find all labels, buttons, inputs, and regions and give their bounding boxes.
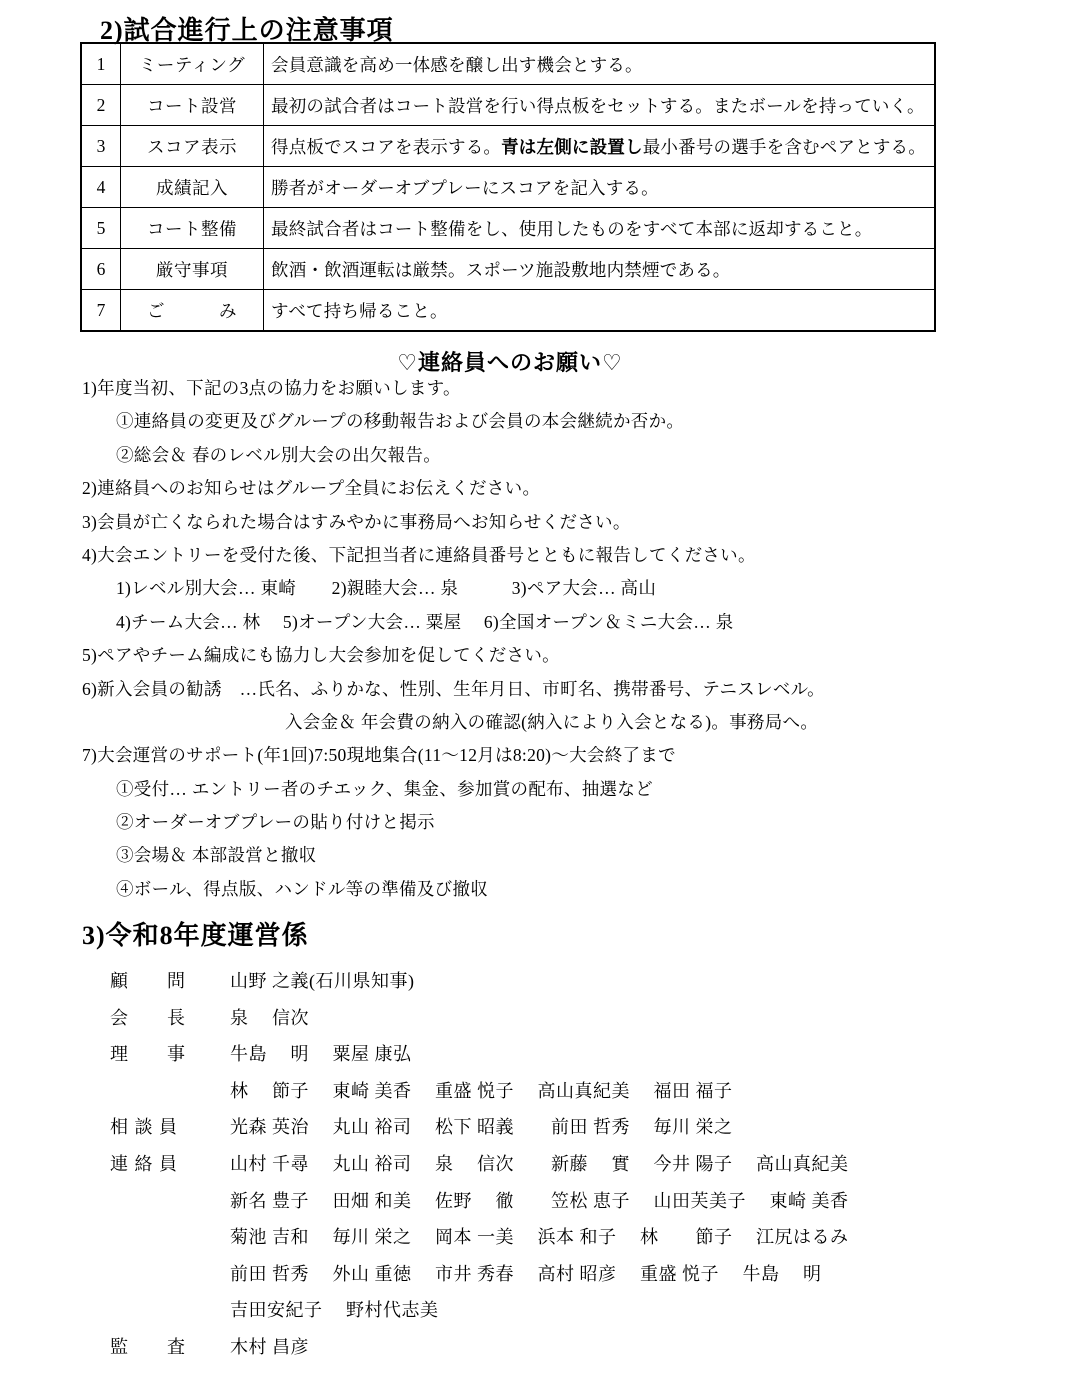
notes-table-row: 7ご みすべて持ち帰ること。 — [81, 290, 935, 332]
request-line: 入会金＆ 年会費の納入の確認(納入により入会となる)。事務局へ。 — [80, 706, 1070, 739]
staff-names: 新名 豊子 田畑 和美 佐野 徹 笠松 恵子 山田芙美子 東崎 美香 — [230, 1183, 849, 1220]
row-label: 成績記入 — [121, 167, 264, 208]
staff-role-label — [110, 1256, 230, 1293]
row-number: 1 — [81, 43, 121, 85]
row-number: 2 — [81, 85, 121, 126]
request-line: 4)チーム大会… 林 5)オープン大会… 粟屋 6)全国オープン＆ミニ大会… 泉 — [80, 606, 1070, 639]
request-line: ①受付… エントリー者のチエック、集金、参加賞の配布、抽選など — [80, 773, 1070, 806]
staff-role-label: 相 談 員 — [110, 1109, 230, 1146]
row-description: 勝者がオーダーオブプレーにスコアを記入する。 — [264, 167, 936, 208]
row-number: 6 — [81, 249, 121, 290]
row-number: 5 — [81, 208, 121, 249]
row-label: コート整備 — [121, 208, 264, 249]
row-label: ミーティング — [121, 43, 264, 85]
staff-row: 林 節子 東崎 美香 重盛 悦子 高山真紀美 福田 福子 — [110, 1073, 1070, 1110]
row-label: スコア表示 — [121, 126, 264, 167]
staff-role-label: 顧 問 — [110, 963, 230, 1000]
description-segment: 最小番号の選手を含むペアとする。 — [643, 137, 926, 157]
description-segment: 勝者がオーダーオブプレーにスコアを記入する。 — [271, 178, 659, 198]
staff-row: 理 事牛島 明 粟屋 康弘 — [110, 1036, 1070, 1073]
staff-names: 吉田安紀子 野村代志美 — [230, 1292, 439, 1329]
staff-row: 会 長泉 信次 — [110, 1000, 1070, 1037]
notes-table-row: 2コート設営最初の試合者はコート設営を行い得点板をセットする。またボールを持って… — [81, 85, 935, 126]
row-description: 会員意識を高め一体感を醸し出す機会とする。 — [264, 43, 936, 85]
description-segment: 会員意識を高め一体感を醸し出す機会とする。 — [271, 55, 643, 75]
row-label: 厳守事項 — [121, 249, 264, 290]
row-description: 飲酒・飲酒運転は厳禁。スポーツ施設敷地内禁煙である。 — [264, 249, 936, 290]
staff-row: 新名 豊子 田畑 和美 佐野 徹 笠松 恵子 山田芙美子 東崎 美香 — [110, 1183, 1070, 1220]
request-line: 7)大会運営のサポート(年1回)7:50現地集合(11～12月は8:20)～大会… — [80, 739, 1070, 772]
notes-table-row: 4成績記入勝者がオーダーオブプレーにスコアを記入する。 — [81, 167, 935, 208]
notes-table-row: 6厳守事項飲酒・飲酒運転は厳禁。スポーツ施設敷地内禁煙である。 — [81, 249, 935, 290]
row-number: 4 — [81, 167, 121, 208]
staff-rows: 顧 問山野 之義(石川県知事)会 長泉 信次理 事牛島 明 粟屋 康弘林 節子 … — [110, 963, 1070, 1366]
staff-row: 監 査木村 昌彦 — [110, 1329, 1070, 1366]
description-segment: 最初の試合者はコート設営を行い得点板をセットする。またボールを持っていく。 — [271, 96, 925, 116]
notes-table-row: 1ミーティング会員意識を高め一体感を醸し出す機会とする。 — [81, 43, 935, 85]
row-number: 3 — [81, 126, 121, 167]
description-segment: 得点板でスコアを表示する。 — [271, 137, 501, 157]
staff-role-label: 会 長 — [110, 1000, 230, 1037]
staff-role-label: 理 事 — [110, 1036, 230, 1073]
request-line: 5)ペアやチーム編成にも協力し大会参加を促してください。 — [80, 639, 1070, 672]
request-line: ③会場＆ 本部設営と撤収 — [80, 839, 1070, 872]
staff-section-title: 3)令和8年度運営係 — [82, 915, 309, 952]
row-label: ご み — [121, 290, 264, 332]
document-page: 2)試合進行上の注意事項 1ミーティング会員意識を高め一体感を醸し出す機会とする… — [0, 0, 1082, 1391]
staff-names: 木村 昌彦 — [230, 1329, 309, 1366]
request-line: ④ボール、得点版、ハンドル等の準備及び撤収 — [80, 873, 1070, 906]
staff-role-label: 連 絡 員 — [110, 1146, 230, 1183]
request-line: 4)大会エントリーを受付た後、下記担当者に連絡員番号とともに報告してください。 — [80, 539, 1070, 572]
staff-names: 光森 英治 丸山 裕司 松下 昭義 前田 哲秀 毎川 栄之 — [230, 1109, 733, 1146]
staff-row: 連 絡 員山村 千尋 丸山 裕司 泉 信次 新藤 實 今井 陽子 高山真紀美 — [110, 1146, 1070, 1183]
row-label: コート設営 — [121, 85, 264, 126]
staff-row: 前田 哲秀 外山 重徳 市井 秀春 高村 昭彦 重盛 悦子 牛島 明 — [110, 1256, 1070, 1293]
request-line: ②総会＆ 春のレベル別大会の出欠報告。 — [80, 439, 1070, 472]
row-description: 最初の試合者はコート設営を行い得点板をセットする。またボールを持っていく。 — [264, 85, 936, 126]
request-line: 1)レベル別大会… 東崎 2)親睦大会… 泉 3)ペア大会… 高山 — [80, 572, 1070, 605]
staff-role-label: 監 査 — [110, 1329, 230, 1366]
staff-names: 前田 哲秀 外山 重徳 市井 秀春 高村 昭彦 重盛 悦子 牛島 明 — [230, 1256, 822, 1293]
request-line: 1)年度当初、下記の3点の協力をお願いします。 — [80, 372, 1070, 405]
request-line: ②オーダーオブプレーの貼り付けと掲示 — [80, 806, 1070, 839]
staff-row: 相 談 員光森 英治 丸山 裕司 松下 昭義 前田 哲秀 毎川 栄之 — [110, 1109, 1070, 1146]
request-line: ①連絡員の変更及びグループの移動報告および会員の本会継続か否か。 — [80, 405, 1070, 438]
staff-row: 菊池 吉和 毎川 栄之 岡本 一美 浜本 和子 林 節子 江尻はるみ — [110, 1219, 1070, 1256]
notes-table-row: 3スコア表示得点板でスコアを表示する。青は左側に設置し最小番号の選手を含むペアと… — [81, 126, 935, 167]
description-segment: 最終試合者はコート整備をし、使用したものをすべて本部に返却すること。 — [271, 219, 872, 239]
request-lines: 1)年度当初、下記の3点の協力をお願いします。①連絡員の変更及びグループの移動報… — [80, 372, 1070, 906]
staff-role-label — [110, 1183, 230, 1220]
request-line: 2)連絡員へのお知らせはグループ全員にお伝えください。 — [80, 472, 1070, 505]
request-line: 6)新入会員の勧誘 …氏名、ふりかな、性別、生年月日、市町名、携帯番号、テニスレ… — [80, 673, 1070, 706]
staff-role-label — [110, 1073, 230, 1110]
staff-role-label — [110, 1219, 230, 1256]
row-description: 得点板でスコアを表示する。青は左側に設置し最小番号の選手を含むペアとする。 — [264, 126, 936, 167]
description-bold-segment: 青は左側に設置し — [501, 137, 643, 157]
staff-names: 山野 之義(石川県知事) — [230, 963, 415, 1000]
staff-names: 山村 千尋 丸山 裕司 泉 信次 新藤 實 今井 陽子 高山真紀美 — [230, 1146, 849, 1183]
staff-role-label — [110, 1292, 230, 1329]
staff-names: 菊池 吉和 毎川 栄之 岡本 一美 浜本 和子 林 節子 江尻はるみ — [230, 1219, 849, 1256]
staff-names: 牛島 明 粟屋 康弘 — [230, 1036, 412, 1073]
description-segment: すべて持ち帰ること。 — [271, 301, 448, 321]
staff-names: 林 節子 東崎 美香 重盛 悦子 高山真紀美 福田 福子 — [230, 1073, 733, 1110]
row-description: すべて持ち帰ること。 — [264, 290, 936, 332]
notes-table-row: 5コート整備最終試合者はコート整備をし、使用したものをすべて本部に返却すること。 — [81, 208, 935, 249]
staff-names: 泉 信次 — [230, 1000, 309, 1037]
match-notes-table: 1ミーティング会員意識を高め一体感を醸し出す機会とする。2コート設営最初の試合者… — [80, 42, 936, 332]
staff-row: 顧 問山野 之義(石川県知事) — [110, 963, 1070, 1000]
row-number: 7 — [81, 290, 121, 332]
request-line: 3)会員が亡くなられた場合はすみやかに事務局へお知らせください。 — [80, 506, 1070, 539]
staff-row: 吉田安紀子 野村代志美 — [110, 1292, 1070, 1329]
row-description: 最終試合者はコート整備をし、使用したものをすべて本部に返却すること。 — [264, 208, 936, 249]
description-segment: 飲酒・飲酒運転は厳禁。スポーツ施設敷地内禁煙である。 — [271, 260, 731, 280]
